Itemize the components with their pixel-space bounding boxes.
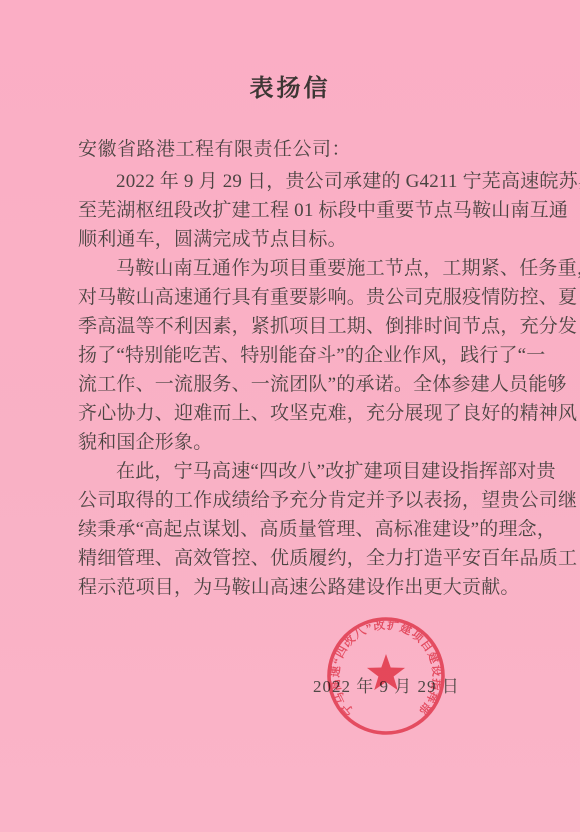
text-line: 季高温等不利因素，紧抓项目工期、倒排时间节点，充分发 <box>78 312 580 341</box>
text-line: 貌和国企形象。 <box>78 428 580 457</box>
text-line: 程示范项目，为马鞍山高速公路建设作出更大贡献。 <box>78 573 580 602</box>
text-line: 在此，宁马高速“四改八”改扩建项目建设指挥部对贵 <box>78 457 580 486</box>
text-line: 精细管理、高效管控、优质履约，全力打造平安百年品质工 <box>78 544 580 573</box>
text-line: 扬了“特别能吃苦、特别能奋斗”的企业作风，践行了“一 <box>78 341 580 370</box>
letter-title: 表扬信 <box>0 68 580 103</box>
seal-star-icon <box>367 654 405 690</box>
letter-body: 2022 年 9 月 29 日，贵公司承建的 G4211 宁芜高速皖苏界至芜湖枢… <box>78 167 580 602</box>
text-line: 马鞍山南互通作为项目重要施工节点，工期紧、任务重， <box>78 254 580 283</box>
text-line: 对马鞍山高速通行具有重要影响。贵公司克服疫情防控、夏 <box>78 283 580 312</box>
salutation: 安徽省路港工程有限责任公司： <box>78 134 351 161</box>
text-line: 续秉承“高起点谋划、高质量管理、高标准建设”的理念， <box>78 515 580 544</box>
text-line: 至芜湖枢纽段改扩建工程 01 标段中重要节点马鞍山南互通 <box>78 196 580 225</box>
text-line: 齐心协力、迎难而上、攻坚克难，充分展现了良好的精神风 <box>78 399 580 428</box>
letter-page: 表扬信 安徽省路港工程有限责任公司： 2022 年 9 月 29 日，贵公司承建… <box>0 0 580 832</box>
text-line: 顺利通车，圆满完成节点目标。 <box>78 225 580 254</box>
text-line: 流工作、一流服务、一流团队”的承诺。全体参建人员能够 <box>78 370 580 399</box>
official-seal: 宁马高速“四改八”改扩建项目建设指挥部 <box>316 606 456 746</box>
text-line: 公司取得的工作成绩给予充分肯定并予以表扬，望贵公司继 <box>78 486 580 515</box>
text-line: 2022 年 9 月 29 日，贵公司承建的 G4211 宁芜高速皖苏界 <box>78 167 580 196</box>
